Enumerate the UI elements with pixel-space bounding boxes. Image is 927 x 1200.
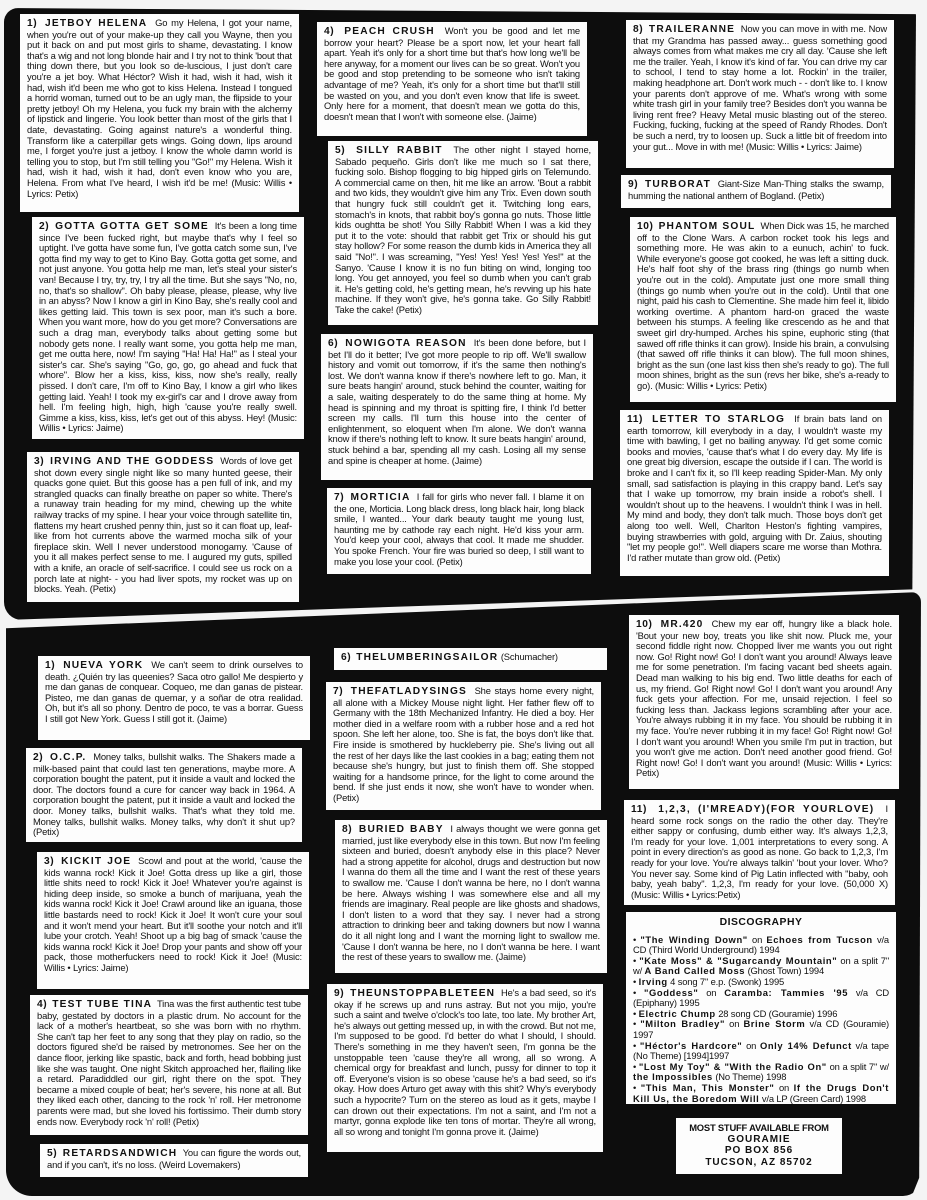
song-credit: (Weird Lovemakers) [159, 1159, 241, 1170]
song-lyrics: Go my Helena, I got your name, when you'… [27, 17, 292, 188]
song-box-the-unstoppable-teen: 9) THEUNSTOPPABLETEEN He's a bad seed, s… [327, 984, 603, 1152]
song-lyrics: Chew my ear off, hungry like a black hol… [636, 618, 892, 768]
song-title: JETBOY HELENA [45, 18, 147, 29]
song-title: PEACH CRUSH [344, 26, 434, 37]
song-box-turborat: 9) TURBORAT Giant-Size Man-Thing stalks … [621, 175, 891, 208]
discography-item: • "Kate Moss" & "Sugarcandy Mountain" on… [633, 956, 889, 977]
song-credit: (Petix) [333, 792, 359, 803]
song-lyrics: I heard some rock songs on the radio the… [631, 803, 888, 889]
song-credit: (Music: Willis • Lyrics: Jaime) [746, 141, 862, 152]
song-credit: (Petix) [173, 1116, 199, 1127]
song-box-phantom-soul: 10) PHANTOM SOUL When Dick was 15, he ma… [630, 217, 896, 402]
song-credit: (Petix) [396, 304, 422, 315]
song-lyrics: It's been a long time since I've been fu… [39, 220, 297, 423]
song-title: THEUNSTOPPABLETEEN [350, 988, 495, 999]
song-box-gotta-gotta-get-some: 2) GOTTA GOTTA GET SOME It's been a long… [32, 217, 304, 439]
discography-box: DISCOGRAPHY • "The Winding Down" on Echo… [626, 912, 896, 1104]
song-title: NUEVA YORK [63, 660, 143, 671]
song-credit: (Music: Willis • Lyrics:Petix) [631, 889, 740, 900]
song-title: NOWIGOTA REASON [345, 338, 466, 349]
song-lyrics: The other night I stayed home, Sabado pe… [335, 144, 591, 315]
song-lyrics: She stays home every night, all alone wi… [333, 685, 594, 792]
song-box-peach-crush: 4) PEACH CRUSH Won't you be good and let… [317, 22, 587, 136]
address-line-label: GOURAMIE [680, 1134, 838, 1146]
song-box-silly-rabbit: 5) SILLY RABBIT The other night I stayed… [328, 141, 598, 325]
song-lyrics: Now you can move in with me. Now that my… [633, 23, 887, 152]
song-title: KICKIT JOE [61, 856, 131, 867]
song-lyrics: Scowl and pout at the world, 'cause the … [44, 855, 302, 962]
song-lyrics: He's a bad seed, so it's okay if he scre… [334, 987, 596, 1137]
song-lyrics: When Dick was 15, he marched off to the … [637, 220, 889, 391]
song-title: MR.420 [661, 619, 704, 630]
song-title: THELUMBERINGSAILOR [356, 652, 498, 663]
song-lyrics: It's been done before, but I bet I'll do… [328, 337, 586, 466]
song-box-the-fat-lady-sings: 7) THEFATLADYSINGS She stays home every … [326, 682, 601, 810]
song-lyrics: Words of love get shot down every single… [34, 455, 292, 594]
song-title: LETTER TO STARLOG [652, 414, 785, 425]
song-title: TURBORAT [645, 179, 711, 190]
song-box-morticia: 7) MORTICIA I fall for girls who never f… [327, 488, 591, 574]
song-title: SILLY RABBIT [356, 145, 442, 156]
song-box-mr-420: 10) MR.420 Chew my ear off, hungry like … [629, 615, 899, 789]
song-title: 1,2,3, (I'MREADY)(FOR YOURLOVE) [658, 804, 874, 815]
song-credit: (Jaime) [197, 713, 227, 724]
song-box-jetboy-helena: 1) JETBOY HELENA Go my Helena, I got you… [20, 14, 299, 212]
song-credit: (Petix) [33, 826, 59, 837]
song-box-123-im-ready: 11) 1,2,3, (I'MREADY)(FOR YOURLOVE) I he… [624, 800, 895, 905]
address-line-available: MOST STUFF AVAILABLE FROM [680, 1122, 838, 1134]
song-lyrics: I always thought we were gonna get marri… [342, 823, 600, 962]
song-credit: (Music: Willis • Lyrics: Petix) [655, 380, 767, 391]
discography-item: • "Goddess" on Caramba: Tammies '95 v/a … [633, 988, 889, 1009]
discography-item: • "Héctor's Hardcore" on Only 14% Defunc… [633, 1041, 889, 1062]
song-box-letter-to-starlog: 11) LETTER TO STARLOG If brain bats land… [620, 410, 889, 576]
song-lyrics: Money talks, bullshit walks. The Shakers… [33, 751, 295, 827]
song-box-buried-baby: 8) BURIED BABY I always thought we were … [335, 820, 607, 973]
song-box-retard-sandwich: 5) RETARDSANDWICH You can figure the wor… [40, 1144, 308, 1177]
discography-item: • "Milton Bradley" on Brine Storm v/a CD… [633, 1019, 889, 1040]
song-credit: (Jaime) [452, 455, 482, 466]
song-credit: (Jaime) [496, 951, 526, 962]
song-box-the-lumbering-sailor: 6) THELUMBERINGSAILOR (Schumacher) [334, 648, 607, 670]
address-line-pobox: PO BOX 856 [680, 1145, 838, 1157]
song-box-now-i-got-a-reason: 6) NOWIGOTA REASON It's been done before… [321, 334, 593, 480]
song-box-test-tube-tina: 4) TEST TUBE TINA Tina was the first aut… [30, 995, 308, 1135]
song-credit: (Petix) [90, 583, 116, 594]
discography-title: DISCOGRAPHY [633, 918, 889, 929]
address-line-city: TUCSON, AZ 85702 [680, 1157, 838, 1169]
song-credit: (Petix) [437, 556, 463, 567]
song-credit: (Jaime) [508, 1126, 538, 1137]
song-title: IRVING AND THE GODDESS [50, 456, 214, 467]
song-lyrics: If brain bats land on earth tomorrow, ki… [627, 413, 882, 563]
song-box-kick-it-joe: 3) KICKIT JOE Scowl and pout at the worl… [37, 852, 309, 989]
song-title: THEFATLADYSINGS [351, 686, 467, 697]
discography-item: • "The Winding Down" on Echoes from Tucs… [633, 935, 889, 956]
song-title: MORTICIA [351, 492, 411, 503]
song-title: RETARDSANDWICH [63, 1148, 178, 1159]
song-box-irving-and-the-goddess: 3) IRVING AND THE GODDESS Words of love … [27, 452, 299, 602]
song-title: TRAILERANNE [649, 24, 735, 35]
song-credit: (Petix) [754, 552, 780, 563]
song-box-ocp: 2) O.C.P. Money talks, bullshit walks. T… [26, 748, 302, 842]
discography-item: • "Lost My Toy" & "With the Radio On" on… [633, 1062, 889, 1083]
song-lyrics: Won't you be good and let me borrow your… [324, 25, 580, 122]
discography-item: • "This Man, This Monster" on If the Dru… [633, 1083, 889, 1104]
song-credit: (Petix) [798, 190, 824, 201]
mail-order-address-box: MOST STUFF AVAILABLE FROM GOURAMIE PO BO… [676, 1118, 842, 1174]
song-box-trailer-anne: 8) TRAILERANNE Now you can move in with … [626, 20, 894, 168]
song-title: TEST TUBE TINA [52, 999, 152, 1010]
song-lyrics: Tina was the first authentic test tube b… [37, 998, 301, 1127]
song-credit: (Jaime) [506, 111, 536, 122]
song-title: O.C.P. [50, 752, 86, 763]
song-credit: (Schumacher) [501, 651, 558, 662]
song-title: PHANTOM SOUL [659, 221, 756, 232]
song-title: BURIED BABY [359, 824, 444, 835]
song-title: GOTTA GOTTA GET SOME [55, 221, 209, 232]
song-box-nueva-york: 1) NUEVA YORK We can't seem to drink our… [38, 656, 310, 740]
